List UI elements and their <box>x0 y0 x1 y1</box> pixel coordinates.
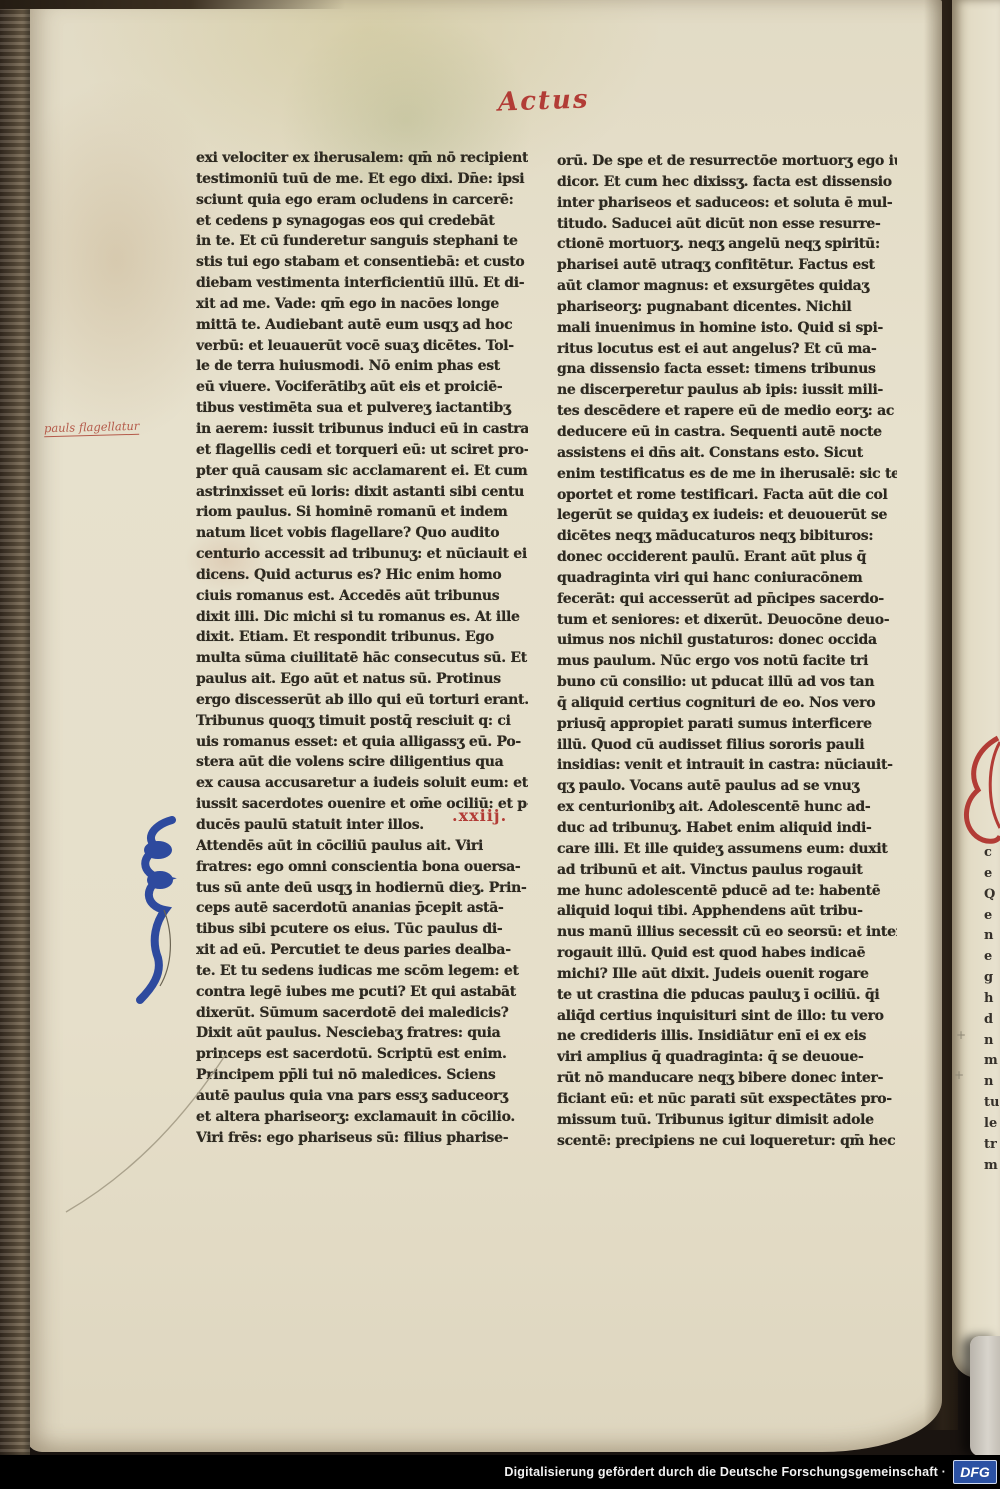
text-line: buno cū consilio: ut pducat illū ad vos … <box>557 672 897 693</box>
text-line: tes descēdere et rapere eū de medio eorʒ… <box>557 401 897 422</box>
text-line: care illi. Et ille quideʒ assumens eum: … <box>557 839 897 860</box>
text-line: ne credideris illis. Insidiātur enī ei e… <box>557 1026 897 1047</box>
text-line: riom paulus. Si hominē romanū et indem <box>196 502 528 523</box>
text-line: in te. Et cū funderetur sanguis stephani… <box>196 231 528 252</box>
text-line: scentē: precipiens ne cui loqueretur: qm… <box>557 1131 897 1152</box>
text-line: d <box>984 1010 1000 1031</box>
text-line: ficiant eū: et nūc parati sūt exspectāte… <box>557 1089 897 1110</box>
pencil-curve-mark <box>58 1052 238 1232</box>
text-line: titudo. Saducei aūt dicūt non esse resur… <box>557 214 897 235</box>
text-line: aliq̄d certius inquisituri sint de illo:… <box>557 1006 897 1027</box>
text-line: Principem pp̄li tui nō maledices. Sciens <box>196 1065 528 1086</box>
text-line: missum tuū. Tribunus igitur dimisit adol… <box>557 1110 897 1131</box>
text-line: tum et seniores: et dixerūt. Deuocōne de… <box>557 610 897 631</box>
text-line: qʒ paulo. Vocans autē paulus ad se vnuʒ <box>557 776 897 797</box>
text-line: verbū: et leuauerūt vocē suaʒ dicētes. T… <box>196 336 528 357</box>
text-line: tibus sibi pcutere os eius. Tūc paulus d… <box>196 919 528 940</box>
text-line: tu <box>984 1093 1000 1114</box>
text-line: ad tribunū et ait. Vinctus paulus rogaui… <box>557 860 897 881</box>
text-line: q̄ aliquid certius cognituri de eo. Nos … <box>557 693 897 714</box>
marginal-annotation: pauls flagellatur <box>44 419 140 437</box>
credit-text: Digitalisierung gefördert durch die Deut… <box>504 1465 946 1479</box>
text-line: multa sūma ciuilitatē hāc consecutus sū.… <box>196 648 528 669</box>
text-line: autē paulus quia vna pars essʒ saduceorʒ <box>196 1086 528 1107</box>
text-line: dicens. Quid acturus es? Hic enim homo <box>196 565 528 586</box>
text-line: ciuis romanus est. Accedēs aūt tribunus <box>196 586 528 607</box>
text-line: donec occiderent paulū. Erant aūt plus q… <box>557 547 897 568</box>
text-line: et altera phariseorʒ: exclamauit in cōci… <box>196 1107 528 1128</box>
text-line: phariseorʒ: pugnabant dicentes. Nichil <box>557 297 897 318</box>
text-line: pharisei autē utraqʒ confitētur. Factus … <box>557 255 897 276</box>
text-line: ne discerperetur paulus ab ipis: iussit … <box>557 380 897 401</box>
text-line: Viri frēs: ego phariseus sū: filius phar… <box>196 1128 528 1149</box>
text-line: priusq̄ appropiet parati sumus interfice… <box>557 714 897 735</box>
text-line: m <box>984 1051 1000 1072</box>
pencil-plus-mark: + <box>956 1028 966 1042</box>
book-cradle-strip <box>970 1336 1000 1456</box>
running-title: Actus <box>498 84 591 117</box>
chapter-number: .xxiij. <box>452 806 507 825</box>
text-line: sciunt quia ego eram ocludens in carcerē… <box>196 190 528 211</box>
text-line: mus paulum. Nūc ergo vos notū facite tri <box>557 651 897 672</box>
text-line: c <box>984 843 1000 864</box>
text-line: xit ad eū. Percutiet te deus paries deal… <box>196 940 528 961</box>
text-line: aliquid loqui tibi. Apphendens aūt tribu… <box>557 901 897 922</box>
text-line: ctionē mortuorʒ. neqʒ angelū neqʒ spirit… <box>557 234 897 255</box>
text-line: me hunc adolescentē pducē ad te: habentē <box>557 881 897 902</box>
text-line: xit ad me. Vade: qm̄ ego in nacōes longe <box>196 294 528 315</box>
text-line: gna dissensio facta esset: timens tribun… <box>557 359 897 380</box>
text-line: natum licet vobis flagellare? Quo audito <box>196 523 528 544</box>
text-line: exi velociter ex iherusalem: qm̄ nō reci… <box>196 148 528 169</box>
text-line: viri amplius q̄ quadraginta: q̄ se deuou… <box>557 1047 897 1068</box>
text-line: testimoniū tuū de me. Et ego dixi. Dn̄e:… <box>196 169 528 190</box>
text-line: mali inuenimus in homine isto. Quid si s… <box>557 318 897 339</box>
text-line: Tribunus quoqʒ timuit postq̄ resciuit q:… <box>196 711 528 732</box>
text-line: astrinxisset eū loris: dixit astanti sib… <box>196 482 528 503</box>
text-line: nus manū illius secessit cū eo seorsū: e… <box>557 922 897 943</box>
text-line: le de terra huiusmodi. Nō enim phas est <box>196 356 528 377</box>
text-line: uimus nos nichil gustaturos: donec occid… <box>557 630 897 651</box>
text-line: stis tui ego stabam et consentiebā: et c… <box>196 252 528 273</box>
text-line: tr <box>984 1135 1000 1156</box>
text-line: m <box>984 1156 1000 1177</box>
text-line: duc ad tribunuʒ. Habet enim aliquid indi… <box>557 818 897 839</box>
text-line: diebam vestimenta interficientiū illū. E… <box>196 273 528 294</box>
text-line: ex centurionibʒ ait. Adolescentē hunc ad… <box>557 797 897 818</box>
text-line: rogauit illū. Quid est quod habes indica… <box>557 943 897 964</box>
book-page-edges <box>0 0 30 1455</box>
text-line: insidias: venit et intrauit in castra: n… <box>557 755 897 776</box>
text-line: aūt clamor magnus: et exsurgētes quidaʒ <box>557 276 897 297</box>
text-line: orū. De spe et de resurrectōe mortuorʒ e… <box>557 151 897 172</box>
text-line: legerūt se quidaʒ ex iudeis: et deuouerū… <box>557 505 897 526</box>
text-line: deducere eū in castra. Sequenti autē noc… <box>557 422 897 443</box>
text-line: ritus locutus est ei aut angelus? Et cū … <box>557 339 897 360</box>
facing-page-letter-fragments: ceQeneghdnmntuletrm <box>984 843 1000 1177</box>
text-line: Dixit aūt paulus. Nesciebaʒ fratres: qui… <box>196 1023 528 1044</box>
text-line: le <box>984 1114 1000 1135</box>
pencil-plus-mark: + <box>954 1068 964 1082</box>
text-line: rūt nō manducare neqʒ bibere donec inter… <box>557 1068 897 1089</box>
dfg-logo: DFG <box>953 1460 997 1484</box>
text-line: e <box>984 864 1000 885</box>
text-line: te ut crastina die pducas pauluʒ ī ocili… <box>557 985 897 1006</box>
text-line: n <box>984 1031 1000 1052</box>
text-line: n <box>984 926 1000 947</box>
text-line: fratres: ego omni conscientia bona ouers… <box>196 857 528 878</box>
text-line: enim testificatus es de me in iherusalē:… <box>557 464 897 485</box>
text-line: e <box>984 947 1000 968</box>
text-line: tus sū ante deū usqʒ in hodiernū dieʒ. P… <box>196 878 528 899</box>
text-column-right: orū. De spe et de resurrectōe mortuorʒ e… <box>557 151 897 1155</box>
text-line: uis romanus esset: et quia alligassʒ eū.… <box>196 732 528 753</box>
text-line: michi? Ille aūt dixit. Judeis ouenit rog… <box>557 964 897 985</box>
text-line: et flagellis cedi et torqueri eū: ut sci… <box>196 440 528 461</box>
text-line: ex causa accusaretur a iudeis soluit eum… <box>196 773 528 794</box>
text-line: princeps est sacerdotū. Scriptū est enim… <box>196 1044 528 1065</box>
text-line: centurio accessit ad tribunuʒ: et nūciau… <box>196 544 528 565</box>
text-line: te. Et tu sedens iudicas me scōm legem: … <box>196 961 528 982</box>
digitization-credit-bar: Digitalisierung gefördert durch die Deut… <box>0 1455 1000 1489</box>
text-line: fecerāt: qui accesserūt ad pn̄cipes sace… <box>557 589 897 610</box>
text-line: pter quā causam sic acclamarent ei. Et c… <box>196 461 528 482</box>
text-line: h <box>984 989 1000 1010</box>
blue-pen-flourish-initial <box>134 816 196 1004</box>
text-line: oportet et rome testificari. Facta aūt d… <box>557 485 897 506</box>
text-line: g <box>984 968 1000 989</box>
text-line: dicētes neqʒ māducaturos neqʒ bibituros: <box>557 526 897 547</box>
digitized-manuscript-photo: Actus pauls flagellatur exi velociter ex… <box>0 0 1000 1489</box>
text-line: mittā te. Audiebant autē eum usqʒ ad hoc <box>196 315 528 336</box>
text-line: illū. Quod cū audisset filius sororis pa… <box>557 735 897 756</box>
text-line: n <box>984 1072 1000 1093</box>
binding-shadow-top <box>0 0 345 9</box>
text-line: dixit illi. Dic michi si tu romanus es. … <box>196 607 528 628</box>
text-line: Q <box>984 885 1000 906</box>
text-line: Attendēs aūt in cōciliū paulus ait. Viri <box>196 836 528 857</box>
text-line: ergo discesserūt ab illo qui eū torturi … <box>196 690 528 711</box>
text-line: dixit. Etiam. Et respondit tribunus. Ego <box>196 627 528 648</box>
text-line: in aerem: iussit tribunus induci eū in c… <box>196 419 528 440</box>
text-line: et cedens p synagogas eos qui credebāt <box>196 211 528 232</box>
text-line: contra legē iubes me pcuti? Et qui astab… <box>196 982 528 1003</box>
text-column-left: exi velociter ex iherusalem: qm̄ nō reci… <box>196 148 528 1152</box>
text-line: quadraginta viri qui hanc coniuracōnem <box>557 568 897 589</box>
text-line: eū viuere. Vociferātibʒ aūt eis et proic… <box>196 377 528 398</box>
text-line: dicor. Et cum hec dixissʒ. facta est dis… <box>557 172 897 193</box>
text-line: assistens ei dn̄s ait. Constans esto. Si… <box>557 443 897 464</box>
text-line: stera aūt die volens scire diligentius q… <box>196 752 528 773</box>
text-line: inter phariseos et saduceos: et soluta ē… <box>557 193 897 214</box>
text-line: dixerūt. Sūmum sacerdotē dei maledicis? <box>196 1003 528 1024</box>
text-line: paulus ait. Ego aūt et natus sū. Protinu… <box>196 669 528 690</box>
text-line: e <box>984 906 1000 927</box>
text-line: tibus vestimēta sua et pulvereʒ iactanti… <box>196 398 528 419</box>
text-line: ceps autē sacerdotū ananias p̄cepit astā… <box>196 898 528 919</box>
